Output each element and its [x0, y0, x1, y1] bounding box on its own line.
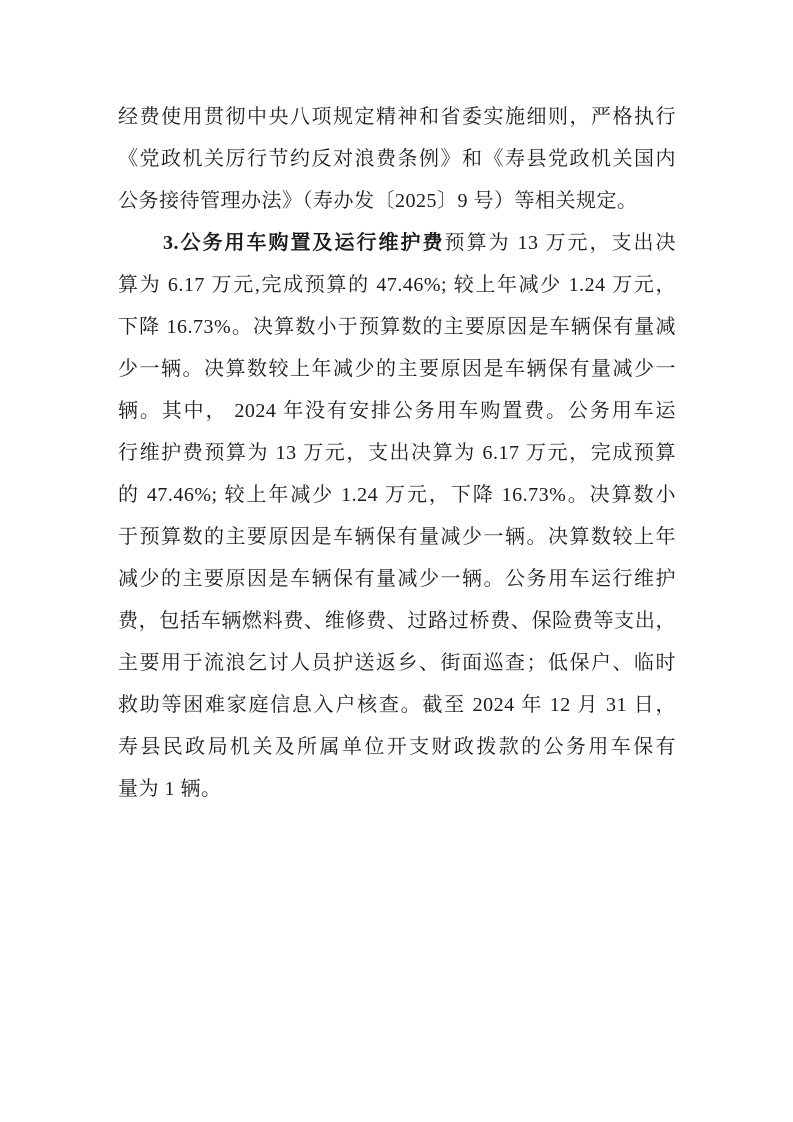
text-line: 经费使用贯彻中央八项规定精神和省委实施细则，严格执行 — [118, 96, 676, 138]
text-line: 《党政机关厉行节约反对浪费条例》和《寿县党政机关国内 — [118, 138, 676, 180]
text-line-heading: 3.公务用车购置及运行维护费预算为 13 万元，支出决 — [118, 222, 676, 264]
text-line: 公务接待管理办法》（寿办发〔2025〕9 号）等相关规定。 — [118, 180, 676, 222]
text-line: 寿县民政局机关及所属单位开支财政拨款的公务用车保有 — [118, 726, 676, 768]
document-body-text: 经费使用贯彻中央八项规定精神和省委实施细则，严格执行 《党政机关厉行节约反对浪费… — [118, 96, 676, 810]
text-line: 救助等困难家庭信息入户核查。截至 2024 年 12 月 31 日， — [118, 684, 676, 726]
section-number-heading: 3.公务用车购置及运行维护费 — [163, 232, 445, 254]
text-line: 算为 6.17 万元,完成预算的 47.46%; 较上年减少 1.24 万元， — [118, 264, 676, 306]
text-line: 下降 16.73%。决算数小于预算数的主要原因是车辆保有量减 — [118, 306, 676, 348]
text-line: 量为 1 辆。 — [118, 768, 676, 810]
heading-line-rest: 预算为 13 万元，支出决 — [445, 232, 677, 254]
text-line: 费，包括车辆燃料费、维修费、过路过桥费、保险费等支出， — [118, 600, 676, 642]
text-line: 辆。其中， 2024 年没有安排公务用车购置费。公务用车运 — [118, 390, 676, 432]
text-line: 主要用于流浪乞讨人员护送返乡、街面巡查；低保户、临时 — [118, 642, 676, 684]
document-page: 经费使用贯彻中央八项规定精神和省委实施细则，严格执行 《党政机关厉行节约反对浪费… — [0, 0, 793, 1122]
text-line: 于预算数的主要原因是车辆保有量减少一辆。决算数较上年 — [118, 516, 676, 558]
text-line: 少一辆。决算数较上年减少的主要原因是车辆保有量减少一 — [118, 348, 676, 390]
text-line: 减少的主要原因是车辆保有量减少一辆。公务用车运行维护 — [118, 558, 676, 600]
text-line: 行维护费预算为 13 万元，支出决算为 6.17 万元，完成预算 — [118, 432, 676, 474]
text-line: 的 47.46%; 较上年减少 1.24 万元，下降 16.73%。决算数小 — [118, 474, 676, 516]
